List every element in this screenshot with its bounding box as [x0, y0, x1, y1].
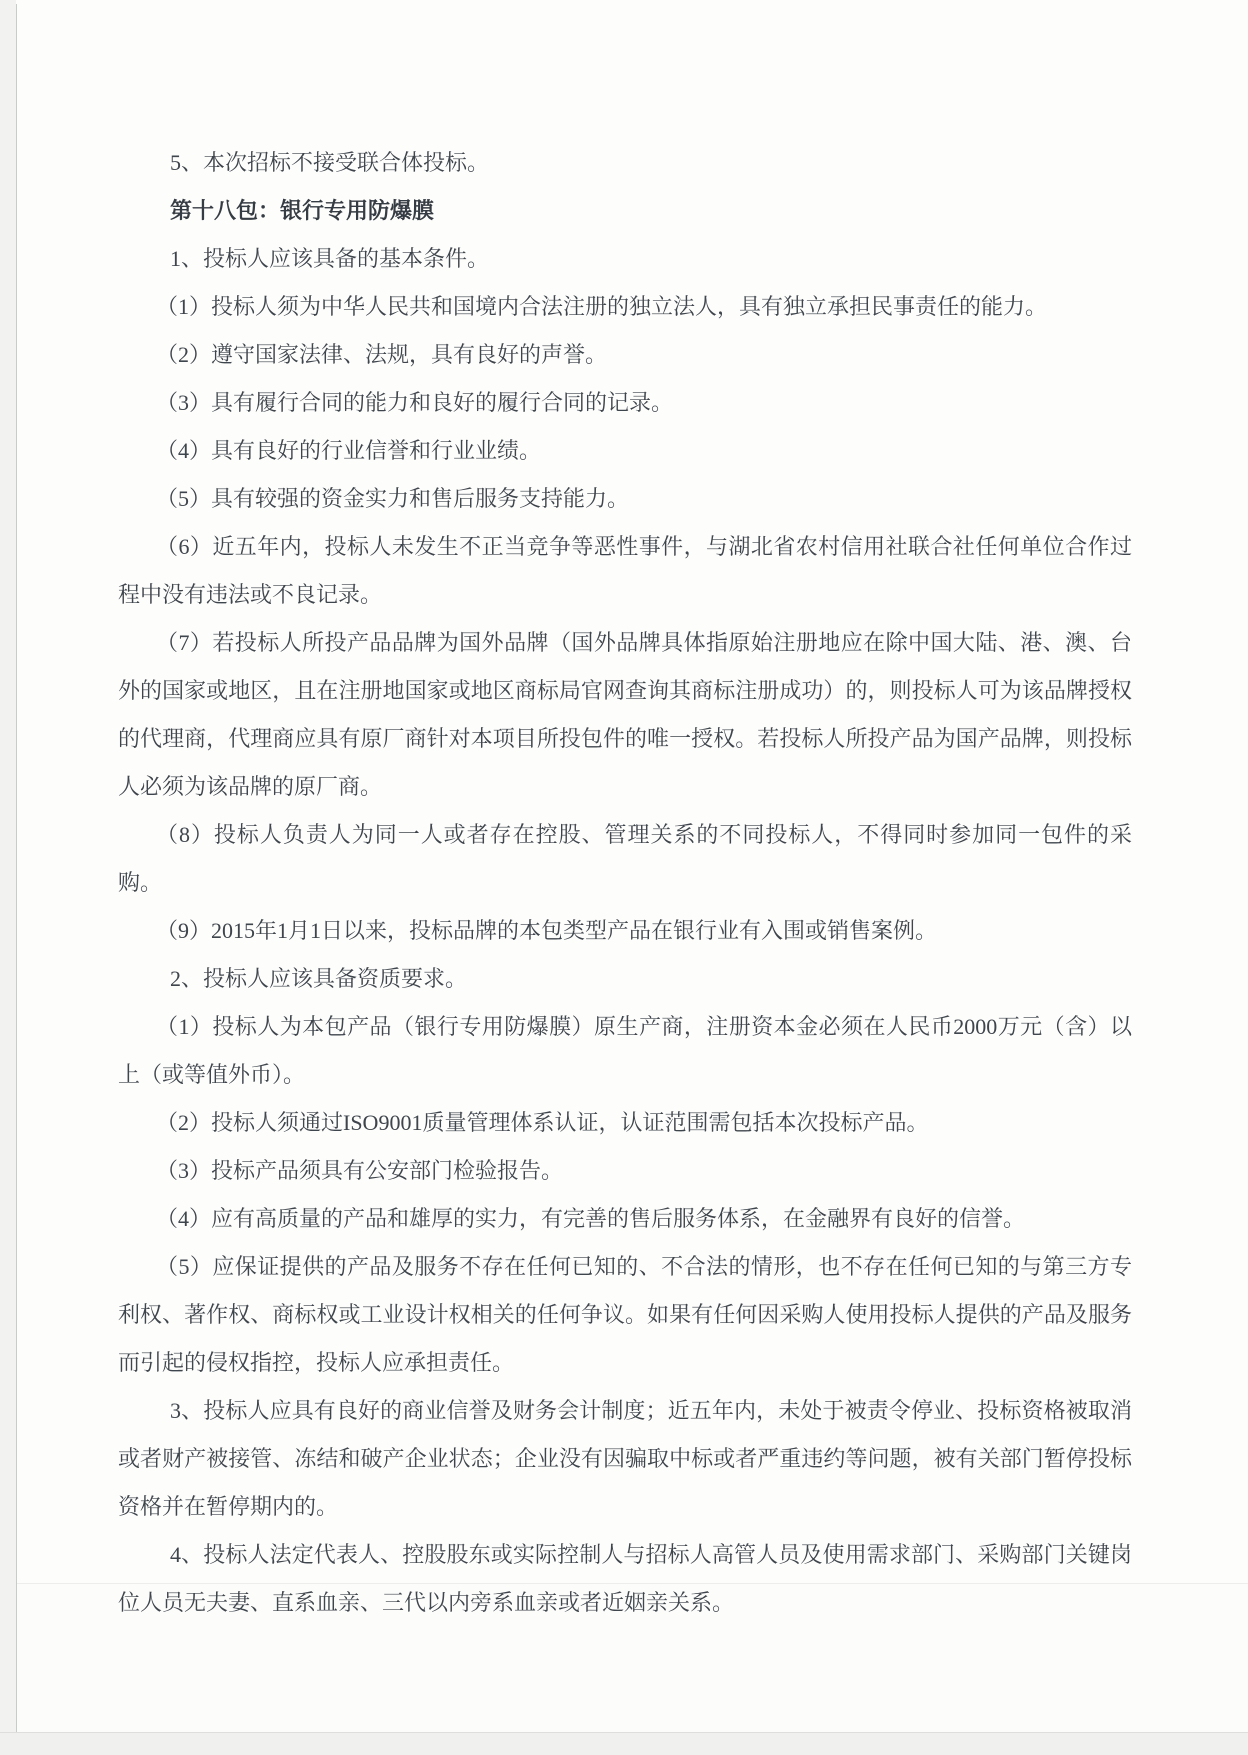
basic-condition-7: （7）若投标人所投产品品牌为国外品牌（国外品牌具体指原始注册地应在除中国大陆、港…	[118, 619, 1132, 811]
scan-outer-margin	[0, 0, 16, 1732]
basic-condition-8: （8）投标人负责人为同一人或者存在控股、管理关系的不同投标人，不得同时参加同一包…	[118, 811, 1132, 907]
basic-condition-3: （3）具有履行合同的能力和良好的履行合同的记录。	[118, 379, 1132, 427]
basic-condition-6: （6）近五年内，投标人未发生不正当竞争等恶性事件，与湖北省农村信用社联合社任何单…	[118, 523, 1132, 619]
scanned-page: 5、本次招标不接受联合体投标。 第十八包：银行专用防爆膜 1、投标人应该具备的基…	[0, 0, 1248, 1755]
document-body: 5、本次招标不接受联合体投标。 第十八包：银行专用防爆膜 1、投标人应该具备的基…	[118, 139, 1132, 1627]
qualification-2: （2）投标人须通过ISO9001质量管理体系认证，认证范围需包括本次投标产品。	[118, 1099, 1132, 1147]
package-18-heading: 第十八包：银行专用防爆膜	[118, 187, 1132, 235]
qualification-4: （4）应有高质量的产品和雄厚的实力，有完善的售后服务体系，在金融界有良好的信誉。	[118, 1195, 1132, 1243]
basic-condition-1: （1）投标人须为中华人民共和国境内合法注册的独立法人，具有独立承担民事责任的能力…	[118, 283, 1132, 331]
basic-condition-2: （2）遵守国家法律、法规，具有良好的声誉。	[118, 331, 1132, 379]
basic-condition-5: （5）具有较强的资金实力和售后服务支持能力。	[118, 475, 1132, 523]
basic-conditions-title: 1、投标人应该具备的基本条件。	[118, 235, 1132, 283]
basic-condition-9: （9）2015年1月1日以来，投标品牌的本包类型产品在银行业有入围或销售案例。	[118, 907, 1132, 955]
clause-no-consortium-bids: 5、本次招标不接受联合体投标。	[118, 139, 1132, 187]
clause-no-kinship: 4、投标人法定代表人、控股股东或实际控制人与招标人高管人员及使用需求部门、采购部…	[118, 1531, 1132, 1627]
qualification-3: （3）投标产品须具有公安部门检验报告。	[118, 1147, 1132, 1195]
clause-business-credit: 3、投标人应具有良好的商业信誉及财务会计制度；近五年内，未处于被责令停业、投标资…	[118, 1387, 1132, 1531]
basic-condition-4: （4）具有良好的行业信誉和行业业绩。	[118, 427, 1132, 475]
qualification-5: （5）应保证提供的产品及服务不存在任何已知的、不合法的情形，也不存在任何已知的与…	[118, 1243, 1132, 1387]
scan-bottom-margin	[0, 1733, 1248, 1755]
qualification-requirements-title: 2、投标人应该具备资质要求。	[118, 955, 1132, 1003]
page-left-edge-line	[16, 4, 17, 1732]
qualification-1: （1）投标人为本包产品（银行专用防爆膜）原生产商，注册资本金必须在人民币2000…	[118, 1003, 1132, 1099]
